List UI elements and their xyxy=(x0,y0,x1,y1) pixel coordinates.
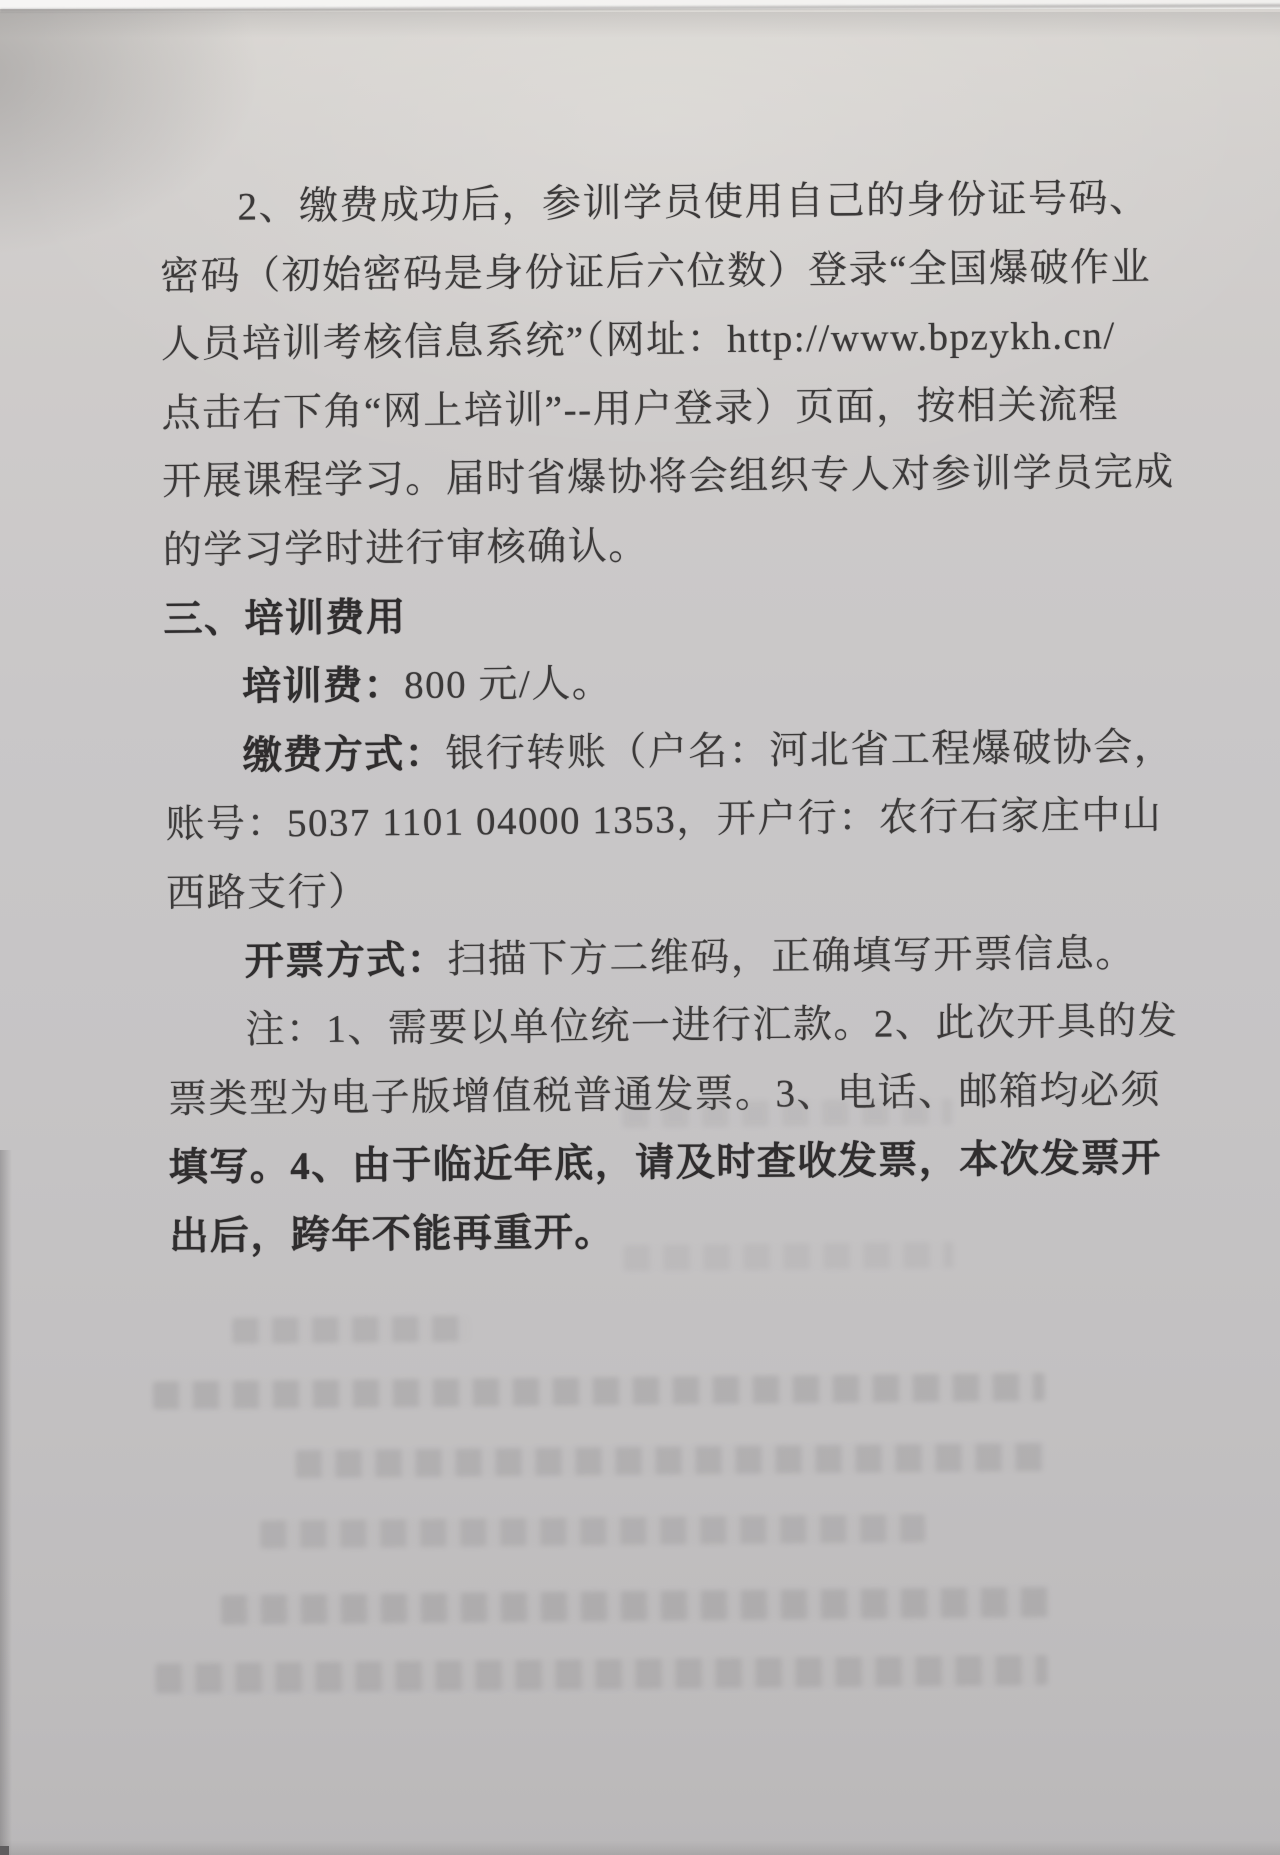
page-left-edge-shadow xyxy=(0,1150,12,1855)
bleed-through-line xyxy=(232,1315,470,1343)
text-line: 开票方式：扫描下方二维码，正确填写开票信息。 xyxy=(166,919,1152,997)
text-segment: 填写。 xyxy=(169,1145,291,1189)
page-bottom-edge-shadow xyxy=(0,1840,1280,1855)
text-line: 人员培训考核信息系统”（网址：http://www.bpzykh.cn/ xyxy=(161,302,1147,380)
text-segment: 800 元/人。 xyxy=(404,662,612,707)
text-segment: 2、缴费成功后，参训学员使用自己的身份证号码、 xyxy=(237,177,1149,229)
text-line: 缴费方式：银行转账（户名：河北省工程爆破协会， xyxy=(164,714,1150,792)
bleed-through-line xyxy=(221,1587,1049,1625)
text-line: 的学习学时进行审核确认。 xyxy=(162,508,1148,586)
text-segment: 三、培训费用 xyxy=(163,596,406,641)
page-corner-speck xyxy=(0,1846,9,1855)
text-line: 填写。4、由于临近年底，请及时查收发票，本次发票开 xyxy=(168,1125,1154,1203)
paper-sheet: 2、缴费成功后，参训学员使用自己的身份证号码、密码（初始密码是身份证后六位数）登… xyxy=(0,0,1280,1855)
text-segment: 账号：5037 1101 04000 1353，开户行：农行石家庄中山 xyxy=(165,794,1162,847)
text-segment: 注：1、需要以单位统一进行汇款。2、此次开具的发 xyxy=(245,1000,1178,1052)
text-line: 点击右下角“网上培训”--用户登录）页面，按相关流程 xyxy=(161,371,1147,449)
bleed-through-line xyxy=(155,1655,1047,1694)
text-segment: 的学习学时进行审核确认。 xyxy=(163,525,649,573)
text-segment: 银行转账（户名：河北省工程爆破协会， xyxy=(445,725,1174,775)
document-photo: 2、缴费成功后，参训学员使用自己的身份证号码、密码（初始密码是身份证后六位数）登… xyxy=(0,0,1280,1855)
text-line: 2、缴费成功后，参训学员使用自己的身份证号码、 xyxy=(159,165,1145,243)
text-segment: 培训费： xyxy=(242,664,404,709)
text-line: 注：1、需要以单位统一进行汇款。2、此次开具的发 xyxy=(167,988,1153,1066)
bleed-through-line xyxy=(622,1099,952,1128)
text-line: 三、培训费用 xyxy=(163,576,1149,654)
text-segment: 4、由于临近年底，请及时查收发票，本次发票开 xyxy=(290,1137,1162,1188)
text-line: 西路支行） xyxy=(166,851,1152,929)
text-segment: 密码（初始密码是身份证后六位数）登录“全国爆破作业 xyxy=(160,245,1151,298)
text-line: 密码（初始密码是身份证后六位数）登录“全国爆破作业 xyxy=(160,234,1146,312)
text-segment: 人员培训考核信息系统”（网址：http://www.bpzykh.cn/ xyxy=(161,314,1116,366)
text-segment: 开展课程学习。届时省爆协将会组织专人对参训学员完成 xyxy=(162,451,1175,504)
text-segment: 开票方式： xyxy=(245,938,448,983)
bleed-through-line xyxy=(260,1514,925,1548)
page-top-soft-shadow xyxy=(0,12,1280,38)
bleed-through-line xyxy=(153,1373,1045,1410)
text-segment: 缴费方式： xyxy=(243,732,446,777)
bleed-through-line xyxy=(295,1443,1045,1478)
text-line: 账号：5037 1101 04000 1353，开户行：农行石家庄中山 xyxy=(165,782,1151,860)
text-line: 开展课程学习。届时省爆协将会组织专人对参训学员完成 xyxy=(162,439,1148,517)
bleed-through-line xyxy=(624,1242,954,1271)
text-segment: 西路支行） xyxy=(166,870,369,915)
text-segment: 点击右下角“网上培训”--用户登录）页面，按相关流程 xyxy=(161,383,1119,435)
text-line: 培训费：800 元/人。 xyxy=(164,645,1150,723)
text-segment: 出后，跨年不能再重开。 xyxy=(169,1211,615,1258)
text-segment: 扫描下方二维码，正确填写开票信息。 xyxy=(447,932,1136,982)
